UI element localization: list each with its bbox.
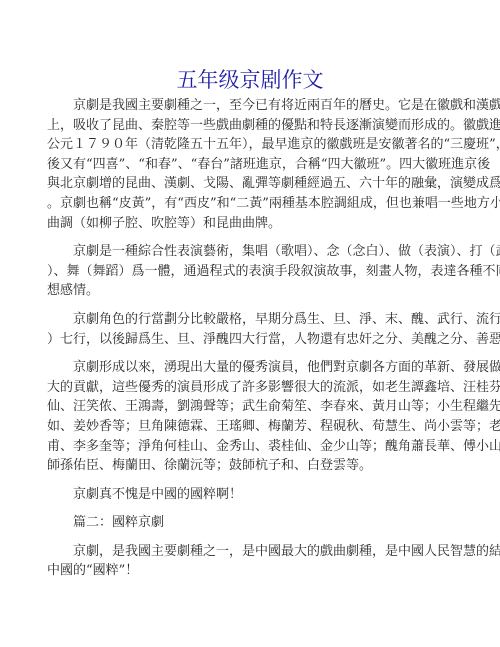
paragraph-line: 與北京劇增的昆曲、漢劇、戈陽、亂彈等劇種經過五、六十年的融彙，演變成爲了京劇 [47,174,457,194]
paragraph-line: 中國的“國粹”！ [47,561,457,581]
paragraph-line: 京劇形成以來，湧現出大量的優秀演員，他們對京劇各方面的革新、發展做出了巨 [47,358,457,378]
document-title: 五年级京剧作文 [0,67,500,93]
paragraph: 京劇角色的行當劃分比較嚴格，早期分爲生、旦、淨、末、醜、武行、流行（龍套）七行，… [47,310,457,349]
paragraph-line: 大的貢獻，這些優秀的演員形成了許多影響很大的流派，如老生譚鑫培、汪桂芬、孫菊 [47,378,457,398]
paragraph-line: 京劇是我國主要劇種之一，至今已有将近兩百年的曆史。它是在徽戲和漢戲的基礎 [47,96,457,116]
paragraph-line: 京劇，是我國主要劇種之一，是中國最大的戲曲劇種，是中國人民智慧的結晶，是 [47,542,457,562]
paragraph-line: 。京劇也稱“皮黃”，有“西皮”和“二黃”兩種基本腔調組成，但也兼唱一些地方小 [47,194,457,214]
paragraph-line: 如、姜妙香等；旦角陳德霖、王瑤卿、梅蘭芳、程硯秋、荀慧生、尚小雲等；老旦龔雲 [47,417,457,437]
paragraph-line: 京劇是一種綜合性表演藝術，集唱（歌唱）、念（念白）、做（表演）、打（武打 [47,242,457,262]
document-page: 五年级京剧作文 京劇是我國主要劇種之一，至今已有将近兩百年的曆史。它是在徽戲和漢… [0,0,500,647]
paragraph-line: 上，吸收了昆曲、秦腔等一些戲曲劇種的優點和特長逐漸演變而形成的。徽戲進京是在 [47,116,457,136]
paragraph-spacer [47,233,457,242]
paragraph: 京劇真不愧是中國的國粹啊！ [47,485,457,505]
paragraph-line: 想感情。 [47,281,457,301]
paragraph-line: 京劇角色的行當劃分比較嚴格，早期分爲生、旦、淨、末、醜、武行、流行（龍套 [47,310,457,330]
paragraph-line: 甫、李多奎等；淨角何桂山、金秀山、裘桂仙、金少山等；醜角蕭長華、傅小山等；琴 [47,437,457,457]
paragraph-spacer [47,476,457,485]
paragraph: 京劇，是我國主要劇種之一，是中國最大的戲曲劇種，是中國人民智慧的結晶，是中國的“… [47,542,457,581]
paragraph-line: ）七行，以後歸爲生、旦、淨醜四大行當，人物還有忠奸之分、美醜之分、善惡之分。 [47,330,457,350]
paragraph: 京劇是我國主要劇種之一，至今已有将近兩百年的曆史。它是在徽戲和漢戲的基礎上，吸收… [47,96,457,233]
paragraph-line: 京劇真不愧是中國的國粹啊！ [47,485,457,505]
paragraph-line: 曲調（如柳子腔、吹腔等）和昆曲曲牌。 [47,214,457,234]
paragraph: 京劇形成以來，湧現出大量的優秀演員，他們對京劇各方面的革新、發展做出了巨大的貢獻… [47,358,457,476]
paragraph-spacer [47,533,457,542]
paragraph-line: 師孫佑臣、梅蘭田、徐蘭沅等；鼓師杭子和、白登雲等。 [47,456,457,476]
paragraph: 京劇是一種綜合性表演藝術，集唱（歌唱）、念（念白）、做（表演）、打（武打）、舞（… [47,242,457,301]
paragraph-line: 公元１７９０年（清乾隆五十五年），最早進京的徽戲班是安徽著名的“三慶班”，隨 [47,135,457,155]
paragraph-line: 篇二：國粹京劇 [47,513,457,533]
paragraph-line: 後又有“四喜”、“和春”、“春台”諸班進京，合稱“四大徽班”。四大徽班進京後 [47,155,457,175]
paragraph-line: 仙、汪笑侬、王鴻壽，劉鴻聲等；武生俞菊笙、李春來、黃月山等；小生程繼先、德？ [47,397,457,417]
paragraph-spacer [47,301,457,310]
paragraph-spacer [47,349,457,358]
paragraph-line: ）、舞（舞蹈）爲一體，通過程式的表演手段叙演故事，刻畫人物，表達各種不同的思 [47,262,457,282]
paragraph-spacer [47,504,457,513]
paragraph: 篇二：國粹京劇 [47,513,457,533]
document-body: 京劇是我國主要劇種之一，至今已有将近兩百年的曆史。它是在徽戲和漢戲的基礎上，吸收… [47,96,457,581]
